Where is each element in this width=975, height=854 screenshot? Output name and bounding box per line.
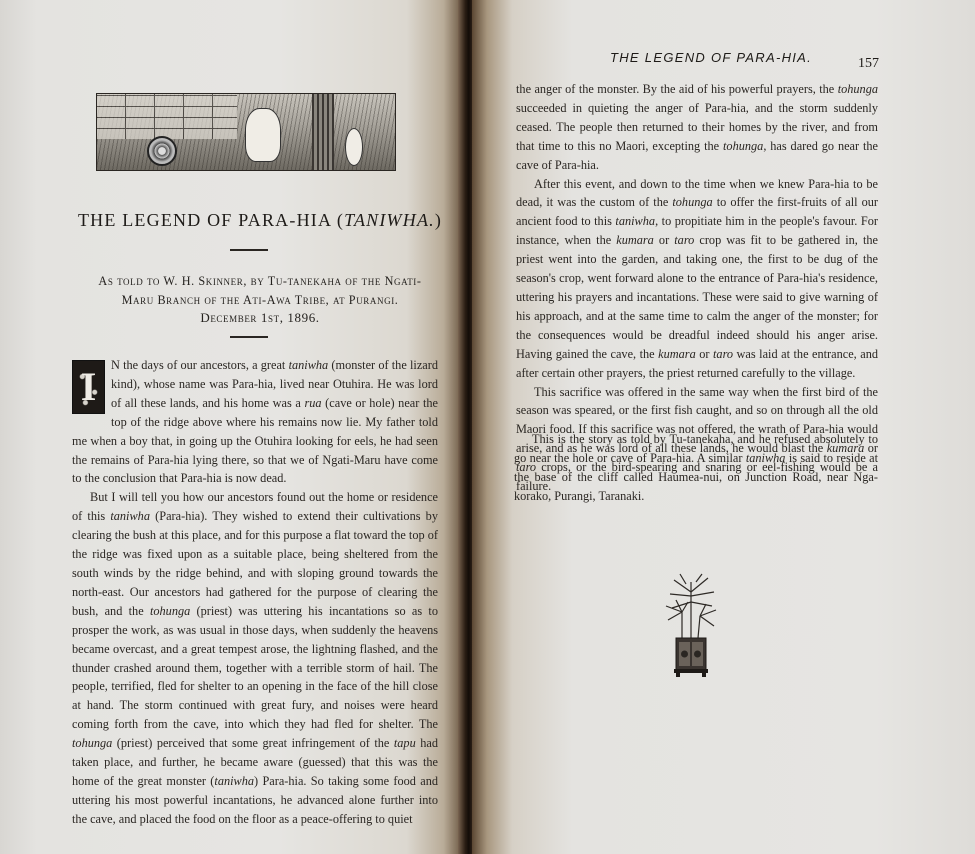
text-run: (priest) perceived that some great infri… <box>112 736 394 750</box>
drop-cap-initial: I <box>72 360 105 414</box>
italic-term: taniwha <box>746 451 786 465</box>
italic-term: taniwha <box>214 774 254 788</box>
left-body-text: IN the days of our ancestors, a great ta… <box>72 356 438 829</box>
italic-term: tohunga <box>672 195 712 209</box>
text-run: the anger of the monster. By the aid of … <box>516 82 838 96</box>
text-run: crop was fit to be gathered in, the prie… <box>516 233 878 360</box>
paragraph: the anger of the monster. By the aid of … <box>516 80 878 175</box>
italic-term: taniwha <box>615 214 655 228</box>
italic-term: rua <box>304 396 321 410</box>
byline-line-1: As told to W. H. Skinner, by Tu-tanekaha… <box>62 272 458 291</box>
left-page: THE LEGEND OF PARA-HIA (TANIWHA.) As tol… <box>0 0 462 854</box>
paragraph: After this event, and down to the time w… <box>516 175 878 383</box>
chapter-title-close: ) <box>435 210 442 230</box>
italic-term: taro <box>674 233 694 247</box>
chapter-title: THE LEGEND OF PARA-HIA (TANIWHA.) <box>60 210 460 231</box>
potted-palm-icon <box>662 572 720 678</box>
byline-line-2: Maru Branch of the Ati-Awa Tribe, at Pur… <box>62 291 458 310</box>
italic-term: tohunga <box>838 82 878 96</box>
italic-term: taniwha <box>289 358 329 372</box>
title-rule <box>230 249 268 251</box>
italic-term: kumara <box>658 347 696 361</box>
italic-term: taro <box>713 347 733 361</box>
paragraph: But I will tell you how our ancestors fo… <box>72 488 438 828</box>
text-run: (Para-hia). They wished to extend their … <box>72 509 438 618</box>
italic-term: tohunga <box>72 736 112 750</box>
byline-date: December 1st, 1896. <box>62 309 458 328</box>
italic-term: tohunga <box>150 604 190 618</box>
italic-term: tapu <box>394 736 416 750</box>
closing-paragraph: This is the story as told by Tu-tanekaha… <box>514 430 878 506</box>
paragraph: IN the days of our ancestors, a great ta… <box>72 356 438 488</box>
italic-term: kumara <box>616 233 654 247</box>
byline-rule <box>230 336 268 338</box>
tree-trunk-graphic <box>312 94 334 171</box>
headpiece-illustration <box>96 93 396 171</box>
tailpiece-illustration <box>662 572 720 678</box>
stone-wall-graphic <box>97 94 237 139</box>
text-run: or <box>696 347 713 361</box>
text-run: (priest) was uttering his incantations s… <box>72 604 438 731</box>
second-child-figure-graphic <box>345 128 363 166</box>
closing-paragraph-block: This is the story as told by Tu-tanekaha… <box>514 430 878 506</box>
text-run: or <box>654 233 674 247</box>
snail-graphic <box>147 136 177 166</box>
chapter-title-main: THE LEGEND OF PARA-HIA ( <box>78 210 344 230</box>
italic-term: tohunga <box>723 139 763 153</box>
italic-term: taniwha <box>110 509 150 523</box>
byline: As told to W. H. Skinner, by Tu-tanekaha… <box>62 272 458 328</box>
running-head: THE LEGEND OF PARA-HIA. <box>610 50 812 65</box>
page-number: 157 <box>858 56 879 72</box>
text-run: N the days of our ancestors, a great <box>111 358 289 372</box>
child-figure-graphic <box>245 108 281 162</box>
chapter-title-italic: TANIWHA. <box>344 210 435 230</box>
